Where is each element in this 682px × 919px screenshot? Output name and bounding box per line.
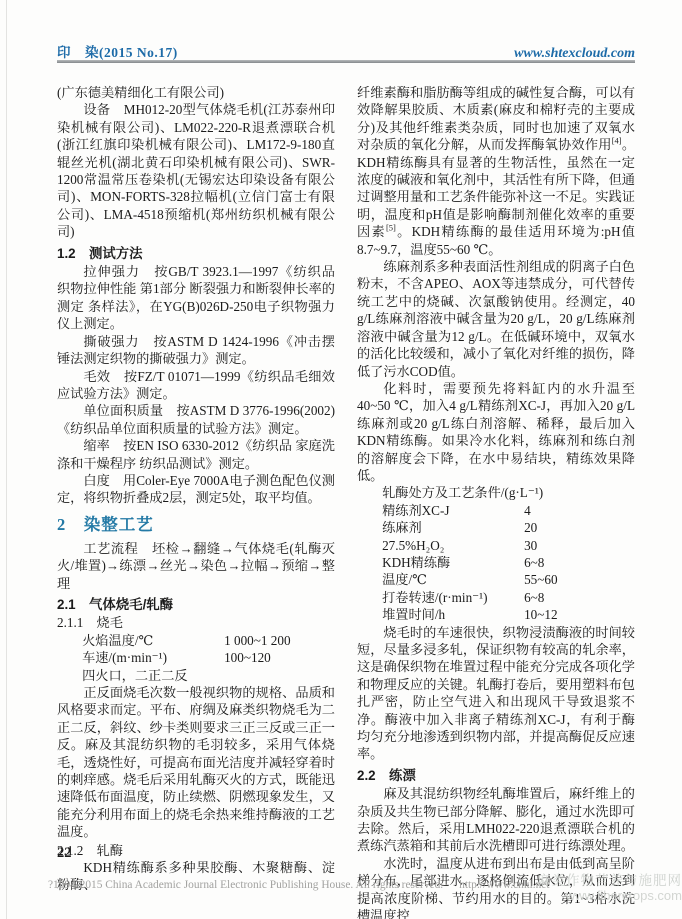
spec-row: 打卷转速/(r·min⁻¹)6~8 [357,589,635,606]
paragraph: 缩率 按EN ISO 6330-2012《纺织品 家庭洗涤和干燥程序 纺织品测试… [57,437,335,472]
text-run: 练麻剂系多种表面活性剂组成的阴离子白色粉末，不含APEO、AOX等违禁成分，可代… [357,259,635,378]
spec-row: 温度/℃55~60 [357,571,635,588]
paragraph: 纤维素酶和脂肪酶等组成的碱性复合酶，可以有效降解果胶质、木质素(麻皮和棉籽壳的主… [357,84,635,258]
page-header: 印 染(2015 No.17) www.shtexcloud.com [57,41,635,62]
spec-value: 20 [524,519,635,536]
left-column: (广东德美精细化工有限公司)设备 MH012-20型气体烧毛机(江苏泰州印染机械… [57,84,335,919]
spec-label: 温度/℃ [382,571,524,588]
header-rule [57,60,635,63]
paragraph: 单位面积质量 按ASTM D 3776-1996(2002)《纺织品单位面积质量… [57,402,335,437]
text-run: 白度 用Coler-Eye 7000A电子测色配色仪测定，将织物折叠成2层，测定… [57,473,335,505]
text-run: 毛效 按FZ/T 01071—1999《纺织品毛细效应试验方法》测定。 [57,369,335,401]
reference-marker: [4] [612,136,622,146]
section-heading: 2.1 气体烧毛/轧酶 [57,596,335,613]
spec-value [224,667,335,684]
paragraph: 正反面烧毛次数一般视织物的规格、品质和风格要求而定。平布、府绸及麻类织物烧毛为二… [57,684,335,841]
right-column: 纤维素酶和脂肪酶等组成的碱性复合酶，可以有效降解果胶质、木质素(麻皮和棉籽壳的主… [357,84,635,919]
spec-row: KDH精练酶6~8 [357,554,635,571]
spec-row: 火焰温度/℃1 000~1 200 [57,632,335,649]
spec-value: 55~60 [524,571,635,588]
paragraph: 工艺流程 坯检→翻缝→气体烧毛(轧酶灭火/堆置)→练漂→丝光→染色→拉幅→预缩→… [57,540,335,592]
text-run: 烧毛时的车速很快，织物浸渍酶液的时间较短，尽量多浸多轧，保证织物有较高的轧余率，… [357,625,635,762]
section-heading: 2.1.1 烧毛 [57,614,335,631]
journal-title: 印 染(2015 No.17) [57,41,178,61]
section-heading: 2 染整工艺 [57,514,335,536]
paragraph: 烧毛时的车速很快，织物浸渍酶液的时间较短，尽量多浸多轧，保证织物有较高的轧余率，… [357,624,635,763]
watermark-line2: www.fibercrops.com [537,888,682,903]
spec-row: 27.5%H₂O₂30 [357,537,635,554]
spec-label: 火焰温度/℃ [82,632,224,649]
spec-row: 车速/(m·min⁻¹)100~120 [57,649,335,666]
spec-label: 打卷转速/(r·min⁻¹) [382,589,524,606]
spec-label: KDH精练酶 [382,554,524,571]
spec-value: 6~8 [524,589,635,606]
cnki-url: http://www.cnki.net [459,879,549,891]
text-run: (广东德美精细化工有限公司) [57,85,224,100]
text-run: 工艺流程 坯检→翻缝→气体烧毛(轧酶灭火/堆置)→练漂→丝光→染色→拉幅→预缩→… [57,541,335,591]
text-run: 撕破强力 按ASTM D 1424-1996《冲击摆锤法测定织物的撕破强力》测定… [57,334,335,366]
text-run: 缩率 按EN ISO 6330-2012《纺织品 家庭洗涤和干燥程序 纺织品测试… [57,438,335,470]
spec-value: 10~12 [524,606,635,623]
text-run: 设备 MH012-20型气体烧毛机(江苏泰州印染机械有限公司)、LM022-22… [57,102,335,239]
document-page: 印 染(2015 No.17) www.shtexcloud.com (广东德美… [0,0,682,919]
spec-row: 堆置时间/h10~12 [357,606,635,623]
article-body: (广东德美精细化工有限公司)设备 MH012-20型气体烧毛机(江苏泰州印染机械… [57,84,635,919]
text-run: 麻及其混纺织物经轧酶堆置后，麻纤维上的杂质及共生物已部分降解、膨化，通过水洗即可… [357,786,635,853]
text-run: 化料时，需要预先将料缸内的水升温至40~50 ℃，加入4 g/L精练剂XC-J，… [357,381,635,483]
scan-edge [6,0,7,919]
spec-row: 练麻剂20 [357,519,635,536]
paragraph: 白度 用Coler-Eye 7000A电子测色配色仪测定，将织物折叠成2层，测定… [57,472,335,507]
spec-row: 四火口，二正二反 [57,667,335,684]
spec-label: 车速/(m·min⁻¹) [82,649,224,666]
text-run: 拉伸强力 按GB/T 3923.1—1997《纺织品 织物拉伸性能 第1部分 断… [57,264,335,331]
watermark: 麻类作物营养与施肥网 www.fibercrops.com [537,873,682,903]
section-heading: 2.2 练漂 [357,767,635,784]
section-heading: 2.1.2 轧酶 [57,842,335,859]
paragraph: (广东德美精细化工有限公司) [57,84,335,101]
spec-label: 四火口，二正二反 [82,667,224,684]
paragraph: 练麻剂系多种表面活性剂组成的阴离子白色粉末，不含APEO、AOX等违禁成分，可代… [357,258,635,380]
spec-value: 30 [524,537,635,554]
page-number: 22 [57,845,72,862]
spec-label: 堆置时间/h [382,606,524,623]
paragraph: 化料时，需要预先将料缸内的水升温至40~50 ℃，加入4 g/L精练剂XC-J，… [357,380,635,484]
spec-value: 4 [524,502,635,519]
spec-label: 练麻剂 [382,519,524,536]
watermark-line1: 麻类作物营养与施肥网 [537,873,682,888]
spec-value: 1 000~1 200 [224,632,335,649]
spec-label: 精练剂XC-J [382,502,524,519]
paragraph: 撕破强力 按ASTM D 1424-1996《冲击摆锤法测定织物的撕破强力》测定… [57,333,335,368]
spec-label: 27.5%H₂O₂ [382,537,524,554]
paragraph: 设备 MH012-20型气体烧毛机(江苏泰州印染机械有限公司)、LM022-22… [57,101,335,240]
spec-value: 6~8 [524,554,635,571]
reference-marker: [5] [386,223,396,233]
paragraph: 麻及其混纺织物经轧酶堆置后，麻纤维上的杂质及共生物已部分降解、膨化，通过水洗即可… [357,785,635,855]
paragraph: 拉伸强力 按GB/T 3923.1—1997《纺织品 织物拉伸性能 第1部分 断… [57,263,335,333]
section-heading: 1.2 测试方法 [57,245,335,262]
copyright-text: ?1994-2015 China Academic Journal Electr… [48,879,443,891]
text-run: 。KDH精练酶的最佳适用环境为:pH值8.7~9.7，温度55~60 ℃。 [357,224,635,256]
text-run: 纤维素酶和脂肪酶等组成的碱性复合酶，可以有效降解果胶质、木质素(麻皮和棉籽壳的主… [357,85,635,152]
spec-title: 轧酶处方及工艺条件/(g·L⁻¹) [357,484,635,501]
spec-row: 精练剂XC-J4 [357,502,635,519]
text-run: 正反面烧毛次数一般视织物的规格、品质和风格要求而定。平布、府绸及麻类织物烧毛为二… [57,685,335,839]
text-run: 单位面积质量 按ASTM D 3776-1996(2002)《纺织品单位面积质量… [57,403,335,435]
paragraph: 毛效 按FZ/T 01071—1999《纺织品毛细效应试验方法》测定。 [57,368,335,403]
spec-value: 100~120 [224,649,335,666]
